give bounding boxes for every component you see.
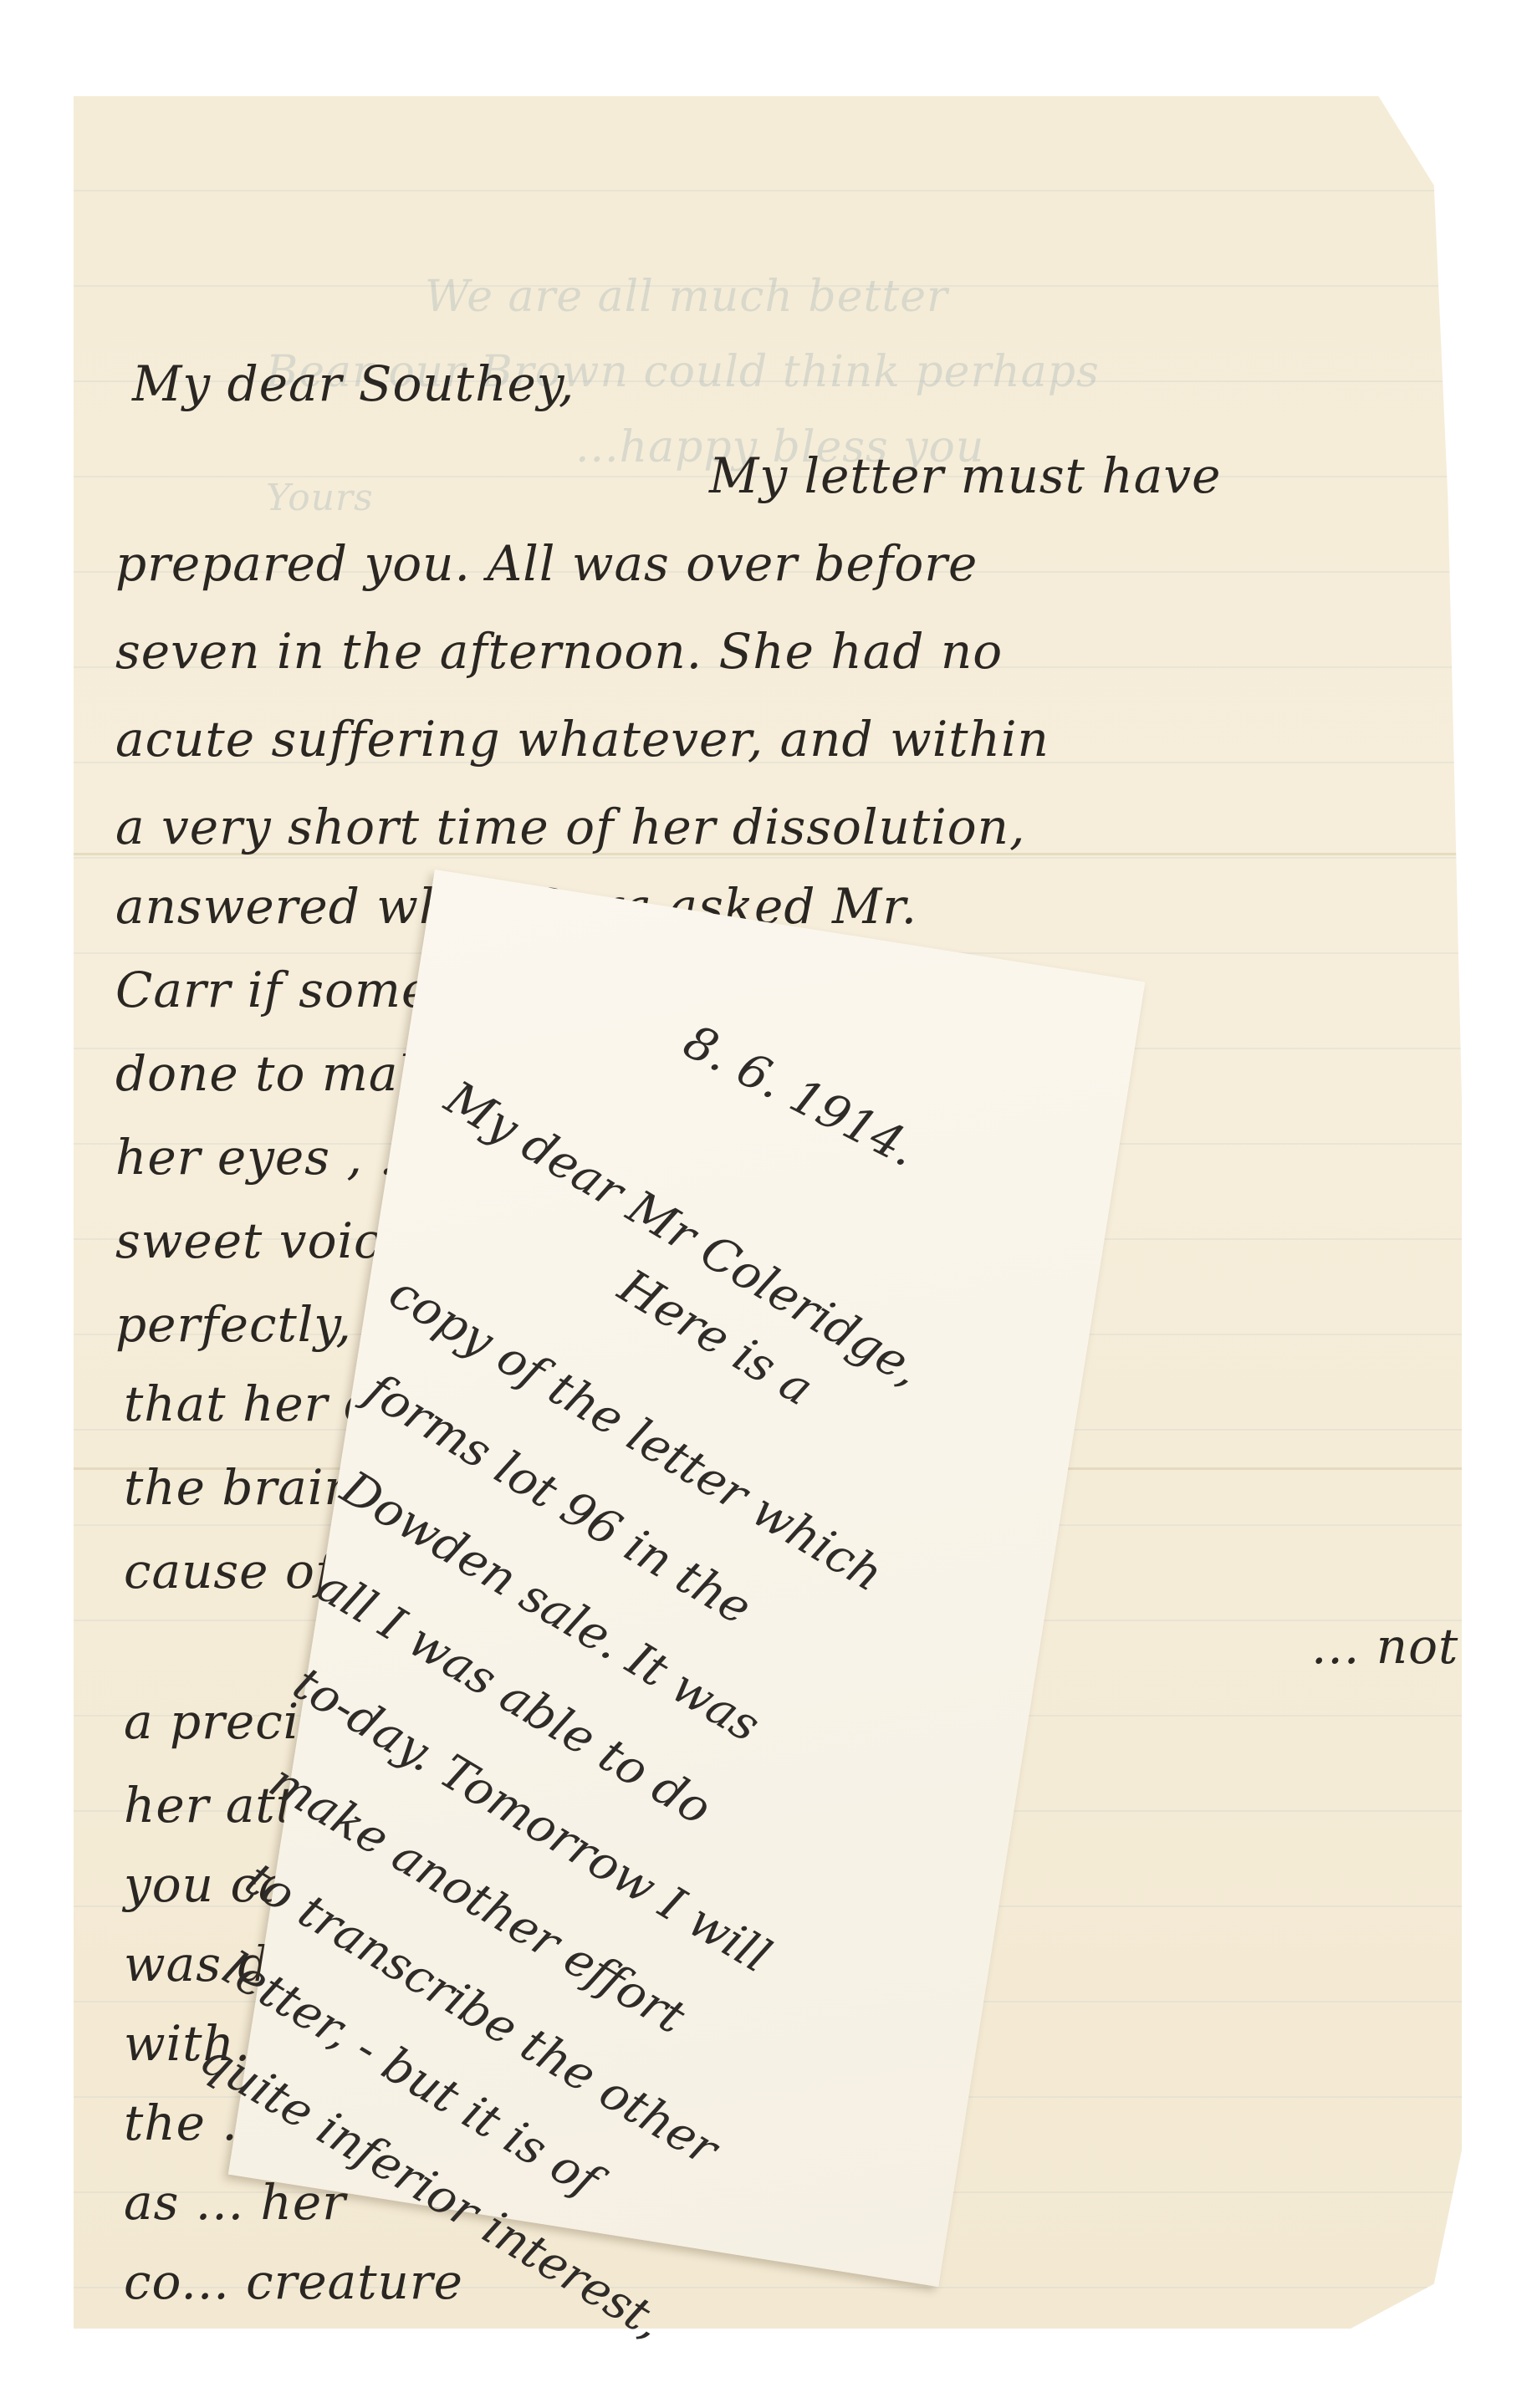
letter-line: seven in the afternoon. She had no <box>115 623 1003 680</box>
note-date: 8. 6. 1914. <box>675 1014 925 1177</box>
letter-line: co... creature <box>124 2253 463 2310</box>
letter-line: prepared you. All was over before <box>115 535 978 592</box>
bleed-through-text: We are all much better <box>425 272 948 322</box>
letter-line: ... not <box>1311 1618 1458 1675</box>
letter-line: My letter must have <box>709 447 1221 504</box>
bleed-through-text: Yours <box>266 477 374 519</box>
letter-line: acute suffering whatever, and within <box>115 711 1049 768</box>
letter-salutation: My dear Southey, <box>132 355 575 412</box>
letter-line: a very short time of her dissolution, <box>115 798 1025 855</box>
